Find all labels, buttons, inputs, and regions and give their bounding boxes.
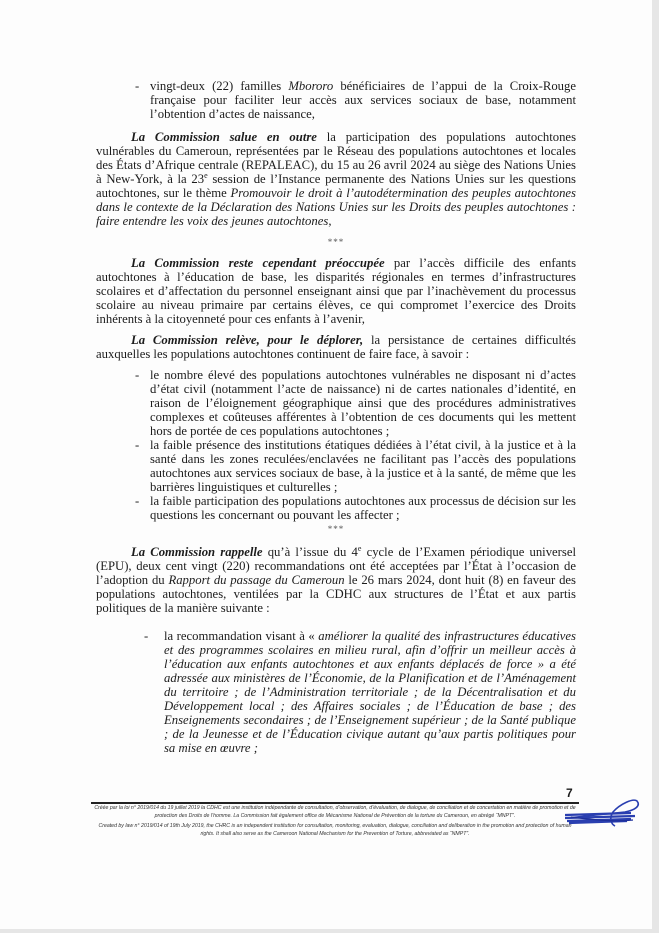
bullet-dash: -	[135, 368, 139, 382]
bullet-dash: -	[135, 79, 139, 93]
item-text: la faible présence des institutions état…	[150, 438, 576, 494]
footer-french: Créée par la loi n° 2019/014 du 19 juill…	[91, 805, 579, 820]
body-text: - vingt-deux (22) familles Mbororo bénéf…	[96, 79, 576, 755]
paragraph-lead: La Commission reste cependant préoccupée	[131, 256, 385, 270]
mbororo-list: - vingt-deux (22) familles Mbororo bénéf…	[96, 79, 576, 121]
difficulties-list: - le nombre élevé des populations autoch…	[96, 368, 576, 522]
item-italic: Mbororo	[288, 79, 333, 93]
bullet-dash: -	[144, 629, 148, 643]
paragraph-lead: La Commission relève, pour le déplorer,	[131, 333, 363, 347]
item-text: le nombre élevé des populations autochto…	[150, 368, 576, 438]
paragraph-text: qu’à l’issue du 4	[263, 545, 358, 559]
item-text: vingt-deux (22) familles	[150, 79, 288, 93]
footer: Créée par la loi n° 2019/014 du 19 juill…	[91, 805, 579, 838]
paragraph-lead: La Commission salue en outre	[131, 130, 317, 144]
report-title: Rapport du passage du Cameroun	[168, 573, 344, 587]
list-item: - la faible présence des institutions ét…	[96, 438, 576, 494]
section-separator: ***	[96, 235, 576, 249]
paragraph-deplorer: La Commission relève, pour le déplorer, …	[96, 333, 576, 361]
list-item: - le nombre élevé des populations autoch…	[96, 368, 576, 438]
list-item: - vingt-deux (22) familles Mbororo bénéf…	[96, 79, 576, 121]
footer-english: Created by law n° 2019/014 of 19th July …	[91, 823, 579, 838]
paragraph-text: ,	[328, 214, 331, 228]
bullet-dash: -	[135, 438, 139, 452]
paragraph-salue: La Commission salue en outre la particip…	[96, 130, 576, 228]
list-item: - la recommandation visant à « améliorer…	[96, 629, 576, 755]
item-text: la faible participation des populations …	[150, 494, 576, 522]
recommendations-list: - la recommandation visant à « améliorer…	[96, 629, 576, 755]
footer-rule	[91, 802, 579, 804]
item-text: la recommandation visant à «	[164, 629, 318, 643]
signature-icon	[565, 798, 643, 834]
document-page: - vingt-deux (22) familles Mbororo bénéf…	[0, 0, 652, 929]
item-italic: » a été adressée aux ministères de l’Éco…	[164, 657, 576, 755]
section-separator: ***	[96, 522, 576, 536]
paragraph-lead: La Commission rappelle	[131, 545, 263, 559]
list-item: - la faible participation des population…	[96, 494, 576, 522]
bullet-dash: -	[135, 494, 139, 508]
paragraph-preoccupee: La Commission reste cependant préoccupée…	[96, 256, 576, 326]
paragraph-rappelle: La Commission rappelle qu’à l’issue du 4…	[96, 545, 576, 615]
